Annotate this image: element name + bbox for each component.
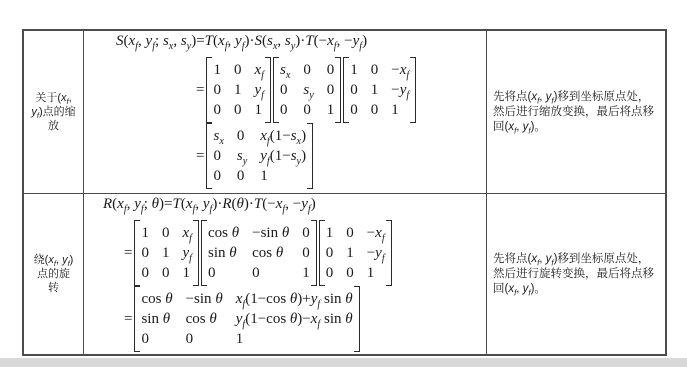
equals-sign: =: [124, 311, 132, 328]
matrix-cell: 0: [327, 60, 335, 80]
matrix-cell: 0: [162, 263, 170, 283]
matrix-cell: 0: [280, 80, 288, 100]
matrix-cell: 0: [302, 243, 310, 263]
matrix-cell: 0: [350, 100, 358, 120]
matrix-cell: yf: [182, 243, 192, 263]
matrix-cell: 1: [350, 60, 358, 80]
matrix-cell: −sin θ: [252, 223, 289, 243]
equation-step: = cos θ−sin θxf(1−cos θ)+yf sin θsin θco…: [124, 286, 486, 352]
matrix-cell: 1: [302, 263, 310, 283]
matrix-cell: −yf: [367, 243, 385, 263]
matrix-cell: sx: [213, 126, 223, 146]
matrix-cell: 1: [162, 243, 170, 263]
matrix-cell: 0: [237, 126, 245, 146]
matrix: 10−xf01−yf001: [343, 57, 416, 123]
row-label-line: 绕(xf, yf): [34, 253, 74, 267]
matrix-cell: 0: [303, 100, 311, 120]
matrix-cell: 1: [141, 223, 149, 243]
equals-sign: =: [196, 148, 204, 165]
matrix: cos θ−sin θxf(1−cos θ)+yf sin θsin θcos …: [134, 286, 359, 352]
matrix-cell: 0: [141, 329, 149, 349]
matrix-cell: 0: [213, 146, 221, 166]
matrix-cell: xf(1−cos θ)+yf sin θ: [236, 289, 353, 309]
bottom-gray-bar: [0, 358, 687, 367]
matrix-cell: 1: [213, 60, 221, 80]
matrix-cell: yf(1−sy): [260, 146, 306, 166]
formula-rotation: R(xf, yf; θ)=T(xf, yf)·R(θ)·T(−xf, −yf): [84, 196, 486, 220]
matrix-cell: xf(1−sx): [260, 126, 306, 146]
matrix-cell: sin θ: [141, 309, 170, 329]
matrix: cos θ−sin θ0sin θcos θ0001: [201, 220, 317, 286]
matrix-cell: 0: [371, 60, 379, 80]
matrix-cell: cos θ: [208, 223, 239, 243]
matrix-cell: 0: [303, 60, 311, 80]
matrix: sx000sy0001: [273, 57, 341, 123]
matrix-cell: 0: [280, 100, 288, 120]
matrix-cell: 0: [350, 80, 358, 100]
matrix-cell: 1: [371, 80, 379, 100]
matrix-cell: 0: [213, 166, 221, 186]
matrix-cell: 0: [186, 329, 194, 349]
transformation-table: 关于(xf, yf)点的缩 放 S(xf, yf; sx, sy)=T(xf, …: [22, 29, 667, 356]
matrix-cell: cos θ: [186, 309, 217, 329]
row-label-line: 关于(xf,: [35, 91, 71, 105]
matrix-cell: 0: [326, 243, 334, 263]
matrix-cell: cos θ: [252, 243, 283, 263]
matrix-cell: −yf: [391, 80, 409, 100]
matrix-cell: 0: [371, 100, 379, 120]
matrix-cell: 0: [234, 60, 242, 80]
note-text: 先将点(xf, yf)移到坐标原点处，然后进行缩放变换，最后将点移回(xf, y…: [493, 90, 655, 135]
matrix-cell: 0: [346, 263, 354, 283]
matrix-cell: cos θ: [141, 289, 172, 309]
equals-sign: =: [124, 245, 132, 262]
table-row-rotation: 绕(xf, yf) 点的旋 转 R(xf, yf; θ)=T(xf, yf)·R…: [24, 194, 665, 354]
matrix-cell: 0: [346, 223, 354, 243]
matrix-cell: 0: [302, 223, 310, 243]
matrix-cell: 1: [327, 100, 335, 120]
matrix-cell: sy: [303, 80, 313, 100]
row-label-line: 点的旋: [37, 267, 70, 281]
matrix-cell: 0: [327, 80, 335, 100]
matrix-cell: −xf: [391, 60, 409, 80]
matrix-cell: 1: [236, 329, 244, 349]
matrix-cell: 0: [237, 166, 245, 186]
matrix-cell: yf: [254, 80, 264, 100]
matrix-cell: 0: [141, 263, 149, 283]
matrix-cell: 0: [208, 263, 216, 283]
matrix-cell: 1: [234, 80, 242, 100]
matrix-cell: xf: [254, 60, 264, 80]
note-scaling: 先将点(xf, yf)移到坐标原点处，然后进行缩放变换，最后将点移回(xf, y…: [487, 31, 665, 193]
matrix-cell: 1: [346, 243, 354, 263]
row-label-line: yf)点的缩: [31, 105, 75, 119]
matrix: 10xf01yf001: [134, 220, 199, 286]
matrix: 10xf01yf001: [206, 57, 271, 123]
matrix: sx0xf(1−sx)0syyf(1−sy)001: [206, 123, 313, 189]
matrix: 10−xf01−yf001: [319, 220, 392, 286]
matrix-cell: sy: [237, 146, 247, 166]
matrix-cell: 1: [182, 263, 190, 283]
matrix-cell: 0: [213, 80, 221, 100]
row-label-line: 放: [48, 119, 59, 133]
matrix-cell: sin θ: [208, 243, 237, 263]
formula-scaling: S(xf, yf; sx, sy)=T(xf, yf)·S(sx, sy)·T(…: [84, 33, 486, 57]
matrix-cell: 1: [391, 100, 399, 120]
matrix-cell: 0: [162, 223, 170, 243]
matrix-cell: xf: [182, 223, 192, 243]
row-label-rotation: 绕(xf, yf) 点的旋 转: [24, 194, 84, 354]
row-label-line: 转: [48, 281, 59, 295]
note-text: 先将点(xf, yf)移到坐标原点处，然后进行旋转变换，最后将点移回(xf, y…: [493, 252, 655, 297]
matrix-cell: sx: [280, 60, 290, 80]
equation-step: = 10xf01yf001 cos θ−sin θ0sin θcos θ0001…: [124, 220, 486, 286]
matrix-cell: 0: [326, 263, 334, 283]
table-row-scaling: 关于(xf, yf)点的缩 放 S(xf, yf; sx, sy)=T(xf, …: [24, 31, 665, 194]
matrix-cell: 0: [141, 243, 149, 263]
derivation-scaling: S(xf, yf; sx, sy)=T(xf, yf)·S(sx, sy)·T(…: [84, 31, 487, 193]
matrix-cell: 1: [367, 263, 375, 283]
row-label-scaling: 关于(xf, yf)点的缩 放: [24, 31, 84, 193]
derivation-rotation: R(xf, yf; θ)=T(xf, yf)·R(θ)·T(−xf, −yf) …: [84, 194, 487, 354]
equation-step: = sx0xf(1−sx)0syyf(1−sy)001: [196, 123, 486, 189]
equation-step: = 10xf01yf001 sx000sy0001 10−xf01−yf001: [196, 57, 486, 123]
matrix-cell: −xf: [367, 223, 385, 243]
matrix-cell: −sin θ: [186, 289, 223, 309]
matrix-cell: 0: [213, 100, 221, 120]
page: 关于(xf, yf)点的缩 放 S(xf, yf; sx, sy)=T(xf, …: [0, 0, 687, 367]
equals-sign: =: [196, 82, 204, 99]
matrix-cell: 1: [254, 100, 262, 120]
matrix-cell: 1: [260, 166, 268, 186]
matrix-cell: yf(1−cos θ)−xf sin θ: [236, 309, 353, 329]
matrix-cell: 0: [252, 263, 260, 283]
note-rotation: 先将点(xf, yf)移到坐标原点处，然后进行旋转变换，最后将点移回(xf, y…: [487, 194, 665, 354]
matrix-cell: 1: [326, 223, 334, 243]
matrix-cell: 0: [234, 100, 242, 120]
